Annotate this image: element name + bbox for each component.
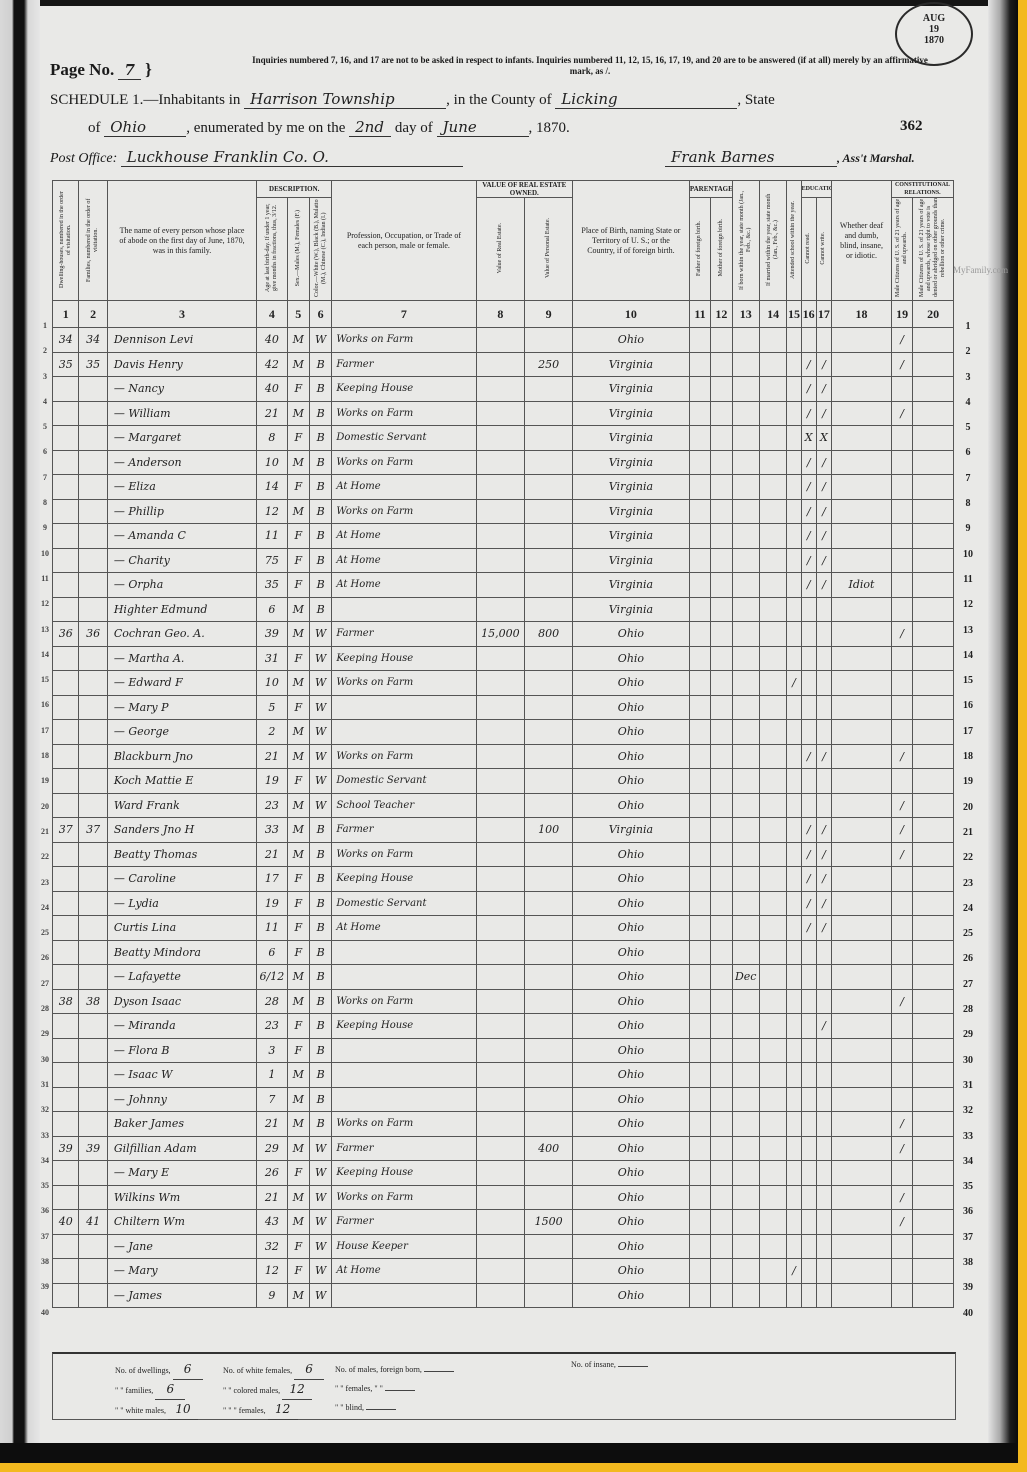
cannot-read-cell <box>801 769 816 794</box>
birthplace-cell: Ohio <box>573 695 690 720</box>
occupation-cell: At Home <box>332 548 476 573</box>
col-group-constitutional: CONSTITUTIONAL RELATIONS. <box>891 181 953 198</box>
occupation-cell <box>332 597 476 622</box>
male-citizen-cell <box>891 597 912 622</box>
mother-foreign-cell <box>711 328 732 353</box>
born-month-cell <box>732 695 759 720</box>
married-month-cell <box>759 989 786 1014</box>
attended-school-cell <box>787 1063 801 1088</box>
enumeration-line: of Ohio, enumerated by me on the 2nd day… <box>88 118 570 137</box>
cannot-write-cell <box>816 1161 831 1186</box>
attended-school-cell <box>787 524 801 549</box>
father-foreign-cell <box>689 1161 710 1186</box>
attended-school-cell <box>787 1185 801 1210</box>
sex-cell: M <box>287 499 309 524</box>
left-line-number: 35 <box>38 1181 52 1206</box>
summary-col-c: No. of males, foreign born, " " females,… <box>335 1360 454 1417</box>
cannot-read-cell <box>801 989 816 1014</box>
married-month-cell <box>759 1087 786 1112</box>
stamp-month: AUG <box>897 13 971 24</box>
disability-cell <box>832 720 892 745</box>
cannot-write-cell <box>816 1234 831 1259</box>
dwelling-number-cell: 34 <box>53 328 79 353</box>
personal-estate-value-cell <box>525 744 573 769</box>
table-row: — Phillip12MBWorks on FarmVirginia// <box>53 499 954 524</box>
cannot-read-cell: / <box>801 891 816 916</box>
family-number-cell <box>79 671 107 696</box>
right-line-number: 2 <box>958 346 978 371</box>
occupation-cell: At Home <box>332 1259 476 1284</box>
occupation-cell: At Home <box>332 524 476 549</box>
real-estate-value-cell <box>476 1259 525 1284</box>
person-name-cell: Dennison Levi <box>107 328 256 353</box>
married-month-cell <box>759 450 786 475</box>
sex-cell: M <box>287 1063 309 1088</box>
born-month-cell <box>732 867 759 892</box>
person-name-cell: Blackburn Jno <box>107 744 256 769</box>
sex-cell: F <box>287 1161 309 1186</box>
table-row: Baker James21MBWorks on FarmOhio/ <box>53 1112 954 1137</box>
dwelling-number-cell <box>53 401 79 426</box>
vote-denied-cell <box>913 965 954 990</box>
dwelling-number-cell <box>53 891 79 916</box>
right-line-number: 5 <box>958 422 978 447</box>
family-number-cell <box>79 891 107 916</box>
mother-foreign-cell <box>711 1014 732 1039</box>
right-line-number: 19 <box>958 776 978 801</box>
born-month-cell <box>732 1259 759 1284</box>
cannot-write-cell <box>816 1185 831 1210</box>
person-name-cell: Ward Frank <box>107 793 256 818</box>
right-line-number: 18 <box>958 751 978 776</box>
column-number: 14 <box>759 301 786 328</box>
table-row: 3535Davis Henry42MBFarmer250Virginia/// <box>53 352 954 377</box>
born-month-cell <box>732 597 759 622</box>
vote-denied-cell <box>913 622 954 647</box>
married-month-cell <box>759 377 786 402</box>
father-foreign-cell <box>689 426 710 451</box>
left-line-number: 6 <box>38 447 52 472</box>
attended-school-cell <box>787 1136 801 1161</box>
column-number: 17 <box>816 301 831 328</box>
occupation-cell: Domestic Servant <box>332 769 476 794</box>
birthplace-cell: Ohio <box>573 989 690 1014</box>
born-month-cell <box>732 818 759 843</box>
family-number-cell: 34 <box>79 328 107 353</box>
cannot-write-cell: / <box>816 377 831 402</box>
age-cell: 14 <box>257 475 287 500</box>
born-month-cell <box>732 401 759 426</box>
attended-school-cell <box>787 818 801 843</box>
age-cell: 11 <box>257 916 287 941</box>
cannot-read-cell: / <box>801 818 816 843</box>
left-line-number: 29 <box>38 1029 52 1054</box>
enumerated-label: , enumerated by me on the <box>186 120 345 136</box>
age-cell: 40 <box>257 377 287 402</box>
mother-foreign-cell <box>711 622 732 647</box>
color-cell: B <box>309 989 331 1014</box>
table-row: — Edward F10MWWorks on FarmOhio/ <box>53 671 954 696</box>
year-label: , 1870. <box>529 120 570 136</box>
married-month-cell <box>759 1161 786 1186</box>
father-foreign-cell <box>689 1063 710 1088</box>
personal-estate-value-cell <box>525 891 573 916</box>
occupation-cell: Works on Farm <box>332 450 476 475</box>
attended-school-cell <box>787 475 801 500</box>
age-cell: 29 <box>257 1136 287 1161</box>
left-line-number: 22 <box>38 852 52 877</box>
family-number-cell <box>79 1185 107 1210</box>
occupation-cell: Keeping House <box>332 377 476 402</box>
age-cell: 26 <box>257 1161 287 1186</box>
township-value: Harrison Township <box>244 90 446 109</box>
real-estate-value-cell <box>476 867 525 892</box>
disability-cell <box>832 352 892 377</box>
left-line-number: 20 <box>38 802 52 827</box>
real-estate-value-cell <box>476 1136 525 1161</box>
personal-estate-value-cell <box>525 450 573 475</box>
birthplace-cell: Ohio <box>573 1210 690 1235</box>
real-estate-value-cell <box>476 475 525 500</box>
family-number-cell <box>79 769 107 794</box>
mother-foreign-cell <box>711 475 732 500</box>
born-month-cell <box>732 720 759 745</box>
scan-edge-top <box>0 0 1018 6</box>
person-name-cell: Cochran Geo. A. <box>107 622 256 647</box>
father-foreign-cell <box>689 769 710 794</box>
white-males-label: " " white males, <box>115 1406 166 1415</box>
color-cell: W <box>309 646 331 671</box>
right-line-number: 9 <box>958 523 978 548</box>
family-number-cell <box>79 401 107 426</box>
post-office-value: Luckhouse Franklin Co. O. <box>121 148 463 167</box>
disability-cell <box>832 1259 892 1284</box>
cannot-read-cell <box>801 1161 816 1186</box>
birthplace-cell: Ohio <box>573 867 690 892</box>
of-label: of <box>88 120 101 136</box>
col-header-17: Cannot write. <box>820 232 827 265</box>
vote-denied-cell <box>913 744 954 769</box>
month-value: June <box>437 118 529 137</box>
cannot-read-cell: / <box>801 573 816 598</box>
father-foreign-cell <box>689 548 710 573</box>
mother-foreign-cell <box>711 524 732 549</box>
male-citizen-cell <box>891 1087 912 1112</box>
attended-school-cell: / <box>787 671 801 696</box>
personal-estate-value-cell <box>525 548 573 573</box>
father-foreign-cell <box>689 524 710 549</box>
column-number: 1 <box>53 301 79 328</box>
vote-denied-cell <box>913 1063 954 1088</box>
married-month-cell <box>759 1112 786 1137</box>
left-line-number: 38 <box>38 1257 52 1282</box>
person-name-cell: — Anderson <box>107 450 256 475</box>
color-cell: W <box>309 720 331 745</box>
person-name-cell: Wilkins Wm <box>107 1185 256 1210</box>
vote-denied-cell <box>913 671 954 696</box>
occupation-cell: Works on Farm <box>332 1185 476 1210</box>
color-cell: B <box>309 524 331 549</box>
cannot-read-cell: / <box>801 524 816 549</box>
age-cell: 43 <box>257 1210 287 1235</box>
left-line-number: 25 <box>38 928 52 953</box>
personal-estate-value-cell <box>525 1185 573 1210</box>
column-number: 15 <box>787 301 801 328</box>
cannot-read-cell <box>801 328 816 353</box>
vote-denied-cell <box>913 1259 954 1284</box>
age-cell: 19 <box>257 891 287 916</box>
left-line-number: 13 <box>38 625 52 650</box>
birthplace-cell: Virginia <box>573 426 690 451</box>
sex-cell: M <box>287 720 309 745</box>
vote-denied-cell <box>913 499 954 524</box>
disability-cell <box>832 1014 892 1039</box>
birthplace-cell: Virginia <box>573 352 690 377</box>
father-foreign-cell <box>689 1087 710 1112</box>
age-cell: 39 <box>257 622 287 647</box>
age-cell: 5 <box>257 695 287 720</box>
vote-denied-cell <box>913 1014 954 1039</box>
table-row: Beatty Thomas21MBWorks on FarmOhio/// <box>53 842 954 867</box>
sex-cell: M <box>287 671 309 696</box>
left-line-number: 12 <box>38 599 52 624</box>
left-line-number: 27 <box>38 979 52 1004</box>
male-citizen-cell <box>891 377 912 402</box>
cannot-read-cell: / <box>801 401 816 426</box>
left-line-number: 4 <box>38 397 52 422</box>
dwellings-label: No. of dwellings, <box>115 1366 171 1375</box>
cannot-write-cell <box>816 1087 831 1112</box>
cannot-read-cell <box>801 720 816 745</box>
sex-cell: M <box>287 744 309 769</box>
cannot-write-cell: / <box>816 818 831 843</box>
sex-cell: F <box>287 695 309 720</box>
left-line-number: 19 <box>38 776 52 801</box>
person-name-cell: — Amanda C <box>107 524 256 549</box>
census-rows: 3434Dennison Levi40MWWorks on FarmOhio/3… <box>53 328 954 1308</box>
age-cell: 23 <box>257 793 287 818</box>
left-line-number: 9 <box>38 523 52 548</box>
family-number-cell <box>79 524 107 549</box>
birthplace-cell: Ohio <box>573 671 690 696</box>
color-cell: W <box>309 1185 331 1210</box>
disability-cell <box>832 622 892 647</box>
column-number: 16 <box>801 301 816 328</box>
born-month-cell <box>732 524 759 549</box>
father-foreign-cell <box>689 352 710 377</box>
dwelling-number-cell: 38 <box>53 989 79 1014</box>
sex-cell: F <box>287 916 309 941</box>
occupation-cell <box>332 1087 476 1112</box>
right-line-number: 14 <box>958 650 978 675</box>
married-month-cell <box>759 622 786 647</box>
sex-cell: F <box>287 769 309 794</box>
married-month-cell <box>759 1038 786 1063</box>
occupation-cell <box>332 695 476 720</box>
married-month-cell <box>759 328 786 353</box>
color-cell: W <box>309 328 331 353</box>
right-line-number: 28 <box>958 1004 978 1029</box>
attended-school-cell <box>787 1283 801 1308</box>
table-row: Highter Edmund6MBVirginia <box>53 597 954 622</box>
attended-school-cell <box>787 1161 801 1186</box>
table-row: 3636Cochran Geo. A.39MWFarmer15,000800Oh… <box>53 622 954 647</box>
person-name-cell: Curtis Lina <box>107 916 256 941</box>
left-line-number: 24 <box>38 903 52 928</box>
vote-denied-cell <box>913 352 954 377</box>
age-cell: 40 <box>257 328 287 353</box>
marshal-name: Frank Barnes <box>665 148 837 167</box>
born-month-cell: Dec <box>732 965 759 990</box>
age-cell: 31 <box>257 646 287 671</box>
cannot-read-cell <box>801 597 816 622</box>
table-row: — Margaret8FBDomestic ServantVirginiaXX <box>53 426 954 451</box>
age-cell: 23 <box>257 1014 287 1039</box>
personal-estate-value-cell <box>525 695 573 720</box>
disability-cell <box>832 1161 892 1186</box>
person-name-cell: Gilfillian Adam <box>107 1136 256 1161</box>
age-cell: 21 <box>257 744 287 769</box>
born-month-cell <box>732 793 759 818</box>
real-estate-value-cell <box>476 1161 525 1186</box>
cannot-write-cell <box>816 1038 831 1063</box>
personal-estate-value-cell <box>525 989 573 1014</box>
watermark: MyFamily.com <box>953 265 1008 275</box>
cannot-write-cell <box>816 989 831 1014</box>
occupation-cell <box>332 1038 476 1063</box>
left-line-number: 26 <box>38 953 52 978</box>
real-estate-value-cell <box>476 769 525 794</box>
col-header-9: Value of Personal Estate. <box>545 218 552 278</box>
disability-cell <box>832 1136 892 1161</box>
colored-males-label: " " colored males, <box>223 1386 280 1395</box>
father-foreign-cell <box>689 1112 710 1137</box>
cannot-write-cell <box>816 793 831 818</box>
table-row: — Isaac W1MBOhio <box>53 1063 954 1088</box>
attended-school-cell <box>787 377 801 402</box>
right-line-number: 15 <box>958 675 978 700</box>
person-name-cell: — Isaac W <box>107 1063 256 1088</box>
mother-foreign-cell <box>711 1185 732 1210</box>
attended-school-cell <box>787 426 801 451</box>
family-number-cell <box>79 475 107 500</box>
born-month-cell <box>732 1014 759 1039</box>
cannot-write-cell: / <box>816 450 831 475</box>
col-header-2: Families, numbered in the order of visit… <box>86 190 100 290</box>
left-line-number: 5 <box>38 422 52 447</box>
mother-foreign-cell <box>711 597 732 622</box>
disability-cell <box>832 671 892 696</box>
male-citizen-cell <box>891 1161 912 1186</box>
real-estate-value-cell <box>476 818 525 843</box>
col-header-16: Cannot read. <box>805 233 812 264</box>
real-estate-value-cell <box>476 671 525 696</box>
sex-cell: M <box>287 1283 309 1308</box>
person-name-cell: — Miranda <box>107 1014 256 1039</box>
person-name-cell: — George <box>107 720 256 745</box>
male-citizen-cell <box>891 720 912 745</box>
right-line-number: 21 <box>958 827 978 852</box>
col-header-3: The name of every person whose place of … <box>107 181 256 301</box>
male-citizen-cell: / <box>891 328 912 353</box>
cannot-write-cell: / <box>816 1014 831 1039</box>
color-cell: B <box>309 965 331 990</box>
cannot-read-cell <box>801 1014 816 1039</box>
table-row: — Amanda C11FBAt HomeVirginia// <box>53 524 954 549</box>
colored-males-value: 12 <box>282 1380 312 1400</box>
born-month-cell <box>732 426 759 451</box>
dwelling-number-cell <box>53 744 79 769</box>
real-estate-value-cell <box>476 1234 525 1259</box>
disability-cell <box>832 475 892 500</box>
cannot-read-cell <box>801 646 816 671</box>
scan-edge-right <box>988 0 1018 1463</box>
family-number-cell <box>79 499 107 524</box>
father-foreign-cell <box>689 793 710 818</box>
summary-col-a: No. of dwellings, 6 " " families, 6 " " … <box>115 1360 203 1420</box>
table-row: — Anderson10MBWorks on FarmVirginia// <box>53 450 954 475</box>
cannot-read-cell <box>801 1112 816 1137</box>
vote-denied-cell <box>913 1087 954 1112</box>
sex-cell: F <box>287 377 309 402</box>
cannot-write-cell <box>816 695 831 720</box>
person-name-cell: Koch Mattie E <box>107 769 256 794</box>
birthplace-cell: Virginia <box>573 401 690 426</box>
right-line-number: 27 <box>958 979 978 1004</box>
married-month-cell <box>759 548 786 573</box>
person-name-cell: — Mary E <box>107 1161 256 1186</box>
age-cell: 28 <box>257 989 287 1014</box>
occupation-cell <box>332 965 476 990</box>
vote-denied-cell <box>913 916 954 941</box>
personal-estate-value-cell <box>525 524 573 549</box>
white-males-value: 10 <box>168 1400 198 1420</box>
disability-cell <box>832 867 892 892</box>
male-citizen-cell <box>891 965 912 990</box>
table-row: — Flora B3FBOhio <box>53 1038 954 1063</box>
column-number: 3 <box>107 301 256 328</box>
mother-foreign-cell <box>711 426 732 451</box>
father-foreign-cell <box>689 695 710 720</box>
occupation-cell: Farmer <box>332 818 476 843</box>
born-month-cell <box>732 352 759 377</box>
dwelling-number-cell <box>53 377 79 402</box>
col-group-education: EDUCATION. <box>801 181 831 198</box>
birthplace-cell: Ohio <box>573 1087 690 1112</box>
born-month-cell <box>732 499 759 524</box>
family-number-cell <box>79 744 107 769</box>
occupation-cell: Keeping House <box>332 867 476 892</box>
person-name-cell: — Edward F <box>107 671 256 696</box>
dwelling-number-cell <box>53 793 79 818</box>
color-cell: W <box>309 1234 331 1259</box>
personal-estate-value-cell <box>525 940 573 965</box>
birthplace-cell: Virginia <box>573 475 690 500</box>
table-row: — George2MWOhio <box>53 720 954 745</box>
age-cell: 6 <box>257 940 287 965</box>
foreign-females-label: " " females, " " <box>335 1384 383 1393</box>
vote-denied-cell <box>913 1234 954 1259</box>
real-estate-value-cell <box>476 499 525 524</box>
page-number-label: Page No. <box>50 60 114 79</box>
married-month-cell <box>759 671 786 696</box>
born-month-cell <box>732 377 759 402</box>
attended-school-cell <box>787 1210 801 1235</box>
father-foreign-cell <box>689 891 710 916</box>
cannot-read-cell <box>801 1063 816 1088</box>
disability-cell <box>832 793 892 818</box>
sex-cell: F <box>287 1259 309 1284</box>
